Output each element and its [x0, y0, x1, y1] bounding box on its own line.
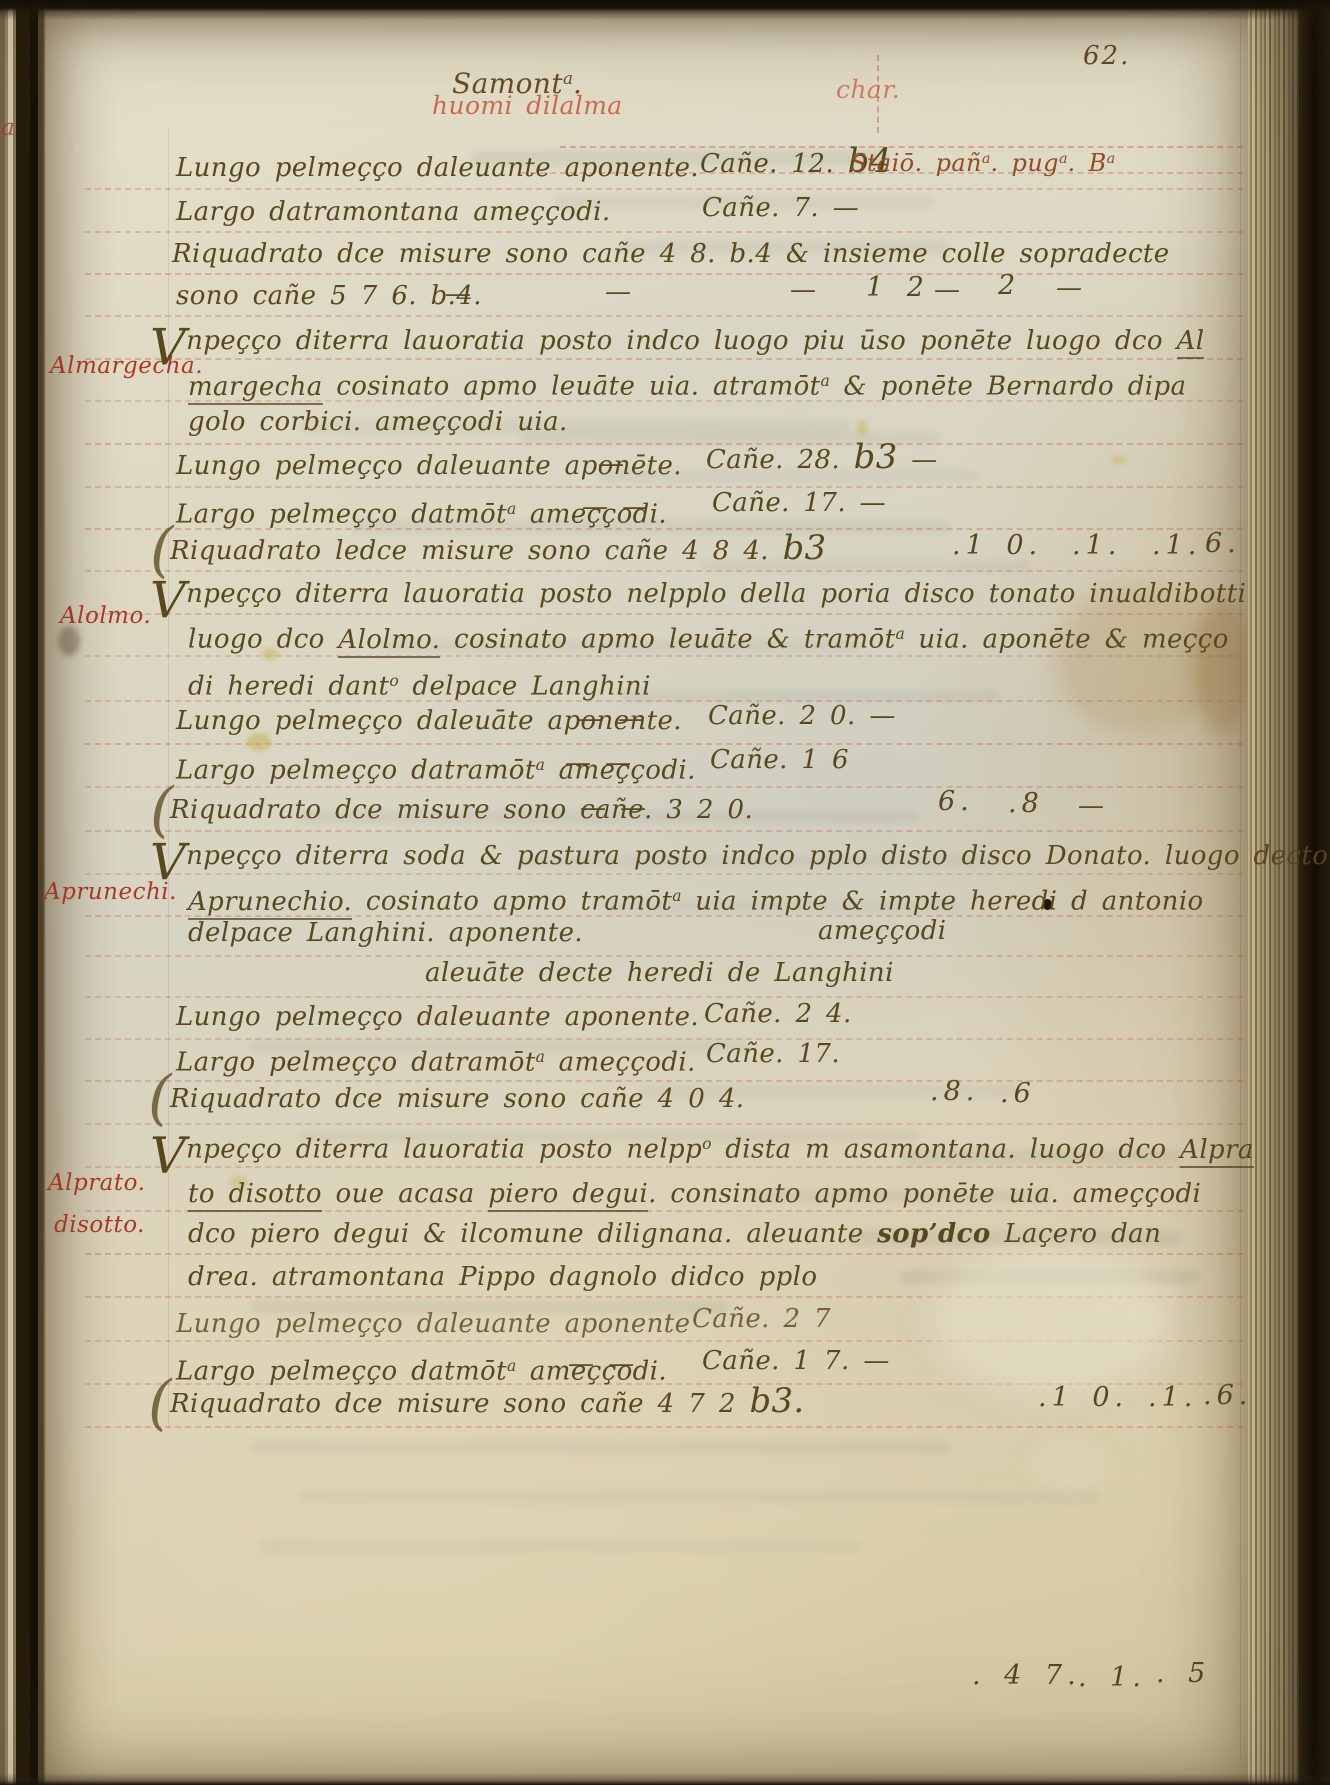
line-text-text: Alolmo.: [338, 625, 440, 658]
line-text-text: sop’dco: [877, 1219, 990, 1249]
margin-number-staio-text: 6.: [938, 786, 974, 817]
line-largo-text: Largo pelmeçço datramōt: [176, 1048, 536, 1078]
line-text: aleuāte decte heredi de Langhini: [425, 957, 894, 989]
total-number-staio: . 4 7.: [972, 1660, 1081, 1692]
line-riquadrato-text: Riquadrato dce misure sono cañe 4 7 2: [170, 1389, 749, 1419]
heading-rubric-right: char.: [836, 74, 900, 106]
margin-rubric-alprato: Alprato.: [48, 1167, 145, 1199]
margin-rubric-disotto: disotto.: [54, 1209, 145, 1241]
total-number-b-text: . 5: [1156, 1658, 1210, 1689]
column-headers-text: Staiō. pañ: [850, 149, 982, 177]
cane-measure-text: Cañe. 1 6: [710, 745, 849, 775]
line-text-text: di heredi dant: [188, 672, 389, 702]
margin-number-b: .6.: [1203, 1380, 1252, 1412]
line-riquadrato-cont: sono cañe 5 7 6. b.4.: [176, 280, 482, 312]
line-lungo-text: Lungo pelmeçço daleuante aponente.: [176, 1002, 699, 1032]
margin-number-staio-text: .8.: [930, 1076, 979, 1107]
line-unpezzo-text: npeçço diterra lauoratia posto nelpplo d…: [186, 579, 1246, 609]
cane-measure: Cañe. 28. b3 —: [706, 444, 938, 476]
cane-measure: Cañe. 2 0. —: [708, 700, 896, 732]
cane-measure-text: Cañe. 2 7: [692, 1304, 831, 1334]
line-text-text: delpace Langhini: [399, 672, 651, 702]
heading-rubric-subtitle: huomi dilalma: [432, 90, 623, 122]
line-unpezzo: Vnpeçço diterra lauoratia posto indco lu…: [150, 325, 1204, 357]
bottom-shadow: [0, 1773, 1330, 1785]
leader-dash: — —: [580, 792, 646, 824]
cane-measure-text: —: [898, 445, 938, 475]
total-number-b: . 5: [1156, 1658, 1210, 1690]
line-riquadrato: Riquadrato dce misure sono cañe. 3 2 0.: [170, 794, 753, 826]
line-text-text: . consinato apmo ponēte uia. ameççodi: [648, 1179, 1201, 1209]
line-text-text: a: [820, 372, 829, 390]
cane-measure: Cañe. 1 6: [710, 744, 849, 776]
initial-flourish: (: [148, 1068, 172, 1128]
text-layer: 62.Samonta.huomi dilalmachar.aLungo pelm…: [0, 0, 1330, 1785]
line-riquadrato: Riquadrato dce misure sono cañe 4 0 4.: [170, 1083, 744, 1115]
facing-page-mark-text: a: [1, 115, 15, 141]
line-text: drea. atramontana Pippo dagnolo didco pp…: [188, 1261, 817, 1293]
leader-dash: —: [605, 276, 631, 308]
line-text-text: oue acasa: [322, 1179, 488, 1209]
leader-dash-text: — —: [568, 1349, 634, 1379]
margin-number-staio-text: .1 0.: [1038, 1382, 1128, 1413]
initial-flourish-text: (: [148, 1368, 172, 1438]
line-text-text: aleuāte decte heredi de Langhini: [425, 958, 894, 988]
facing-page-mark: a: [1, 112, 15, 144]
leader-dash: — —: [568, 1348, 634, 1380]
total-number-staio-text: . 4 7.: [972, 1660, 1081, 1691]
cane-measure-text: Cañe. 17. —: [712, 488, 886, 518]
margin-rubric-alolmo: Alolmo.: [60, 600, 151, 632]
heading-title-text: a: [563, 68, 573, 88]
cane-measure-text: Cañe. 12.: [700, 149, 848, 179]
leader-dash-text: — —: [565, 748, 631, 778]
margin-rubric-alprato-text: Alprato.: [48, 1170, 145, 1196]
margin-number-pug-text: .1.: [1152, 530, 1201, 561]
cane-measure-text: Cañe. 28.: [706, 445, 854, 475]
margin-number-b-text: .6.: [1203, 1380, 1252, 1411]
line-unpezzo-text: npeçço diterra soda & pastura posto indc…: [186, 841, 1328, 871]
leader-dash-text: —: [1078, 791, 1104, 821]
line-largo-text: Largo pelmeçço datramōt: [176, 756, 536, 786]
margin-number-pug: .1.: [1152, 530, 1201, 562]
column-headers-text: . B: [1068, 149, 1107, 177]
cane-measure-text: Cañe. 2 0. —: [708, 701, 896, 731]
line-text-text: Aprunechio.: [188, 887, 352, 920]
heading-rubric-subtitle-text: huomi dilalma: [432, 91, 623, 120]
leader-dash: —: [790, 274, 816, 306]
line-text-text: delpace Langhini. aponente.: [188, 918, 583, 948]
margin-number-b-text: 6.: [1205, 528, 1241, 559]
column-headers-text: . pug: [991, 149, 1059, 177]
line-unpezzo-text: V: [150, 318, 186, 376]
line-text-text: to disotto: [188, 1179, 322, 1212]
leader-dash-text: —: [445, 279, 471, 309]
margin-number-pug: 2: [998, 270, 1020, 302]
leader-dash-text: — —: [582, 492, 648, 522]
line-text-text: cosinato apmo tramōt: [352, 887, 672, 917]
cane-measure-text: Cañe. 2 4.: [704, 999, 852, 1029]
line-text: luogo dco Alolmo. cosinato apmo leuāte &…: [188, 618, 1229, 656]
line-text: ameççodi: [818, 915, 946, 947]
margin-number-staio: .1 0.: [952, 530, 1042, 562]
heading-rubric-right-text: char.: [836, 75, 900, 104]
line-unpezzo-text: npeçço diterra lauoratia posto indco luo…: [186, 326, 1176, 356]
margin-rubric-alolmo-text: Alolmo.: [60, 603, 151, 629]
line-unpezzo-text: dista m asamontana. luogo dco: [712, 1135, 1181, 1165]
margin-number-staio: .8.: [930, 1076, 979, 1108]
line-largo-text: a: [507, 500, 516, 518]
line-riquadrato-text: Riquadrato ledce misure sono cañe 4 8 4.: [170, 536, 783, 566]
margin-number-pug-text: 2: [998, 270, 1020, 301]
leader-dash: —: [934, 274, 960, 306]
cane-measure: Cañe. 2 4.: [704, 998, 852, 1030]
line-text: di heredi danto delpace Langhini: [188, 665, 651, 703]
total-number-pan: . 1.: [1078, 1662, 1146, 1694]
folio-number-text: 62.: [1083, 41, 1130, 71]
line-largo: Largo datramontana ameççodi.: [176, 196, 611, 228]
line-text: Aprunechio. cosinato apmo tramōta uia im…: [188, 880, 1204, 918]
line-riquadrato-text: Riquadrato dce misure sono cañe 4 0 4.: [170, 1084, 744, 1114]
line-text-text: a: [672, 887, 681, 905]
line-largo-text: a: [536, 1048, 545, 1066]
leader-dash: — —: [582, 491, 648, 523]
line-riquadrato-text: b3.: [749, 1381, 804, 1420]
margin-number-staio: 1 2: [866, 272, 929, 304]
line-text: dco piero degui & ilcomune dilignana. al…: [188, 1218, 1161, 1250]
line-largo-text: Largo datramontana ameççodi.: [176, 197, 611, 227]
initial-flourish-text: (: [148, 1063, 172, 1133]
margin-number-pan-text: .1.: [1072, 530, 1121, 561]
leader-dash: —: [445, 278, 471, 310]
line-riquadrato-cont-text: sono cañe 5 7 6. b.4.: [176, 281, 482, 311]
line-lungo: Lungo pelmeçço daleuante aponente.: [176, 1001, 699, 1033]
folio-number: 62.: [1083, 40, 1130, 72]
line-text-text: golo corbici. ameççodi uia.: [188, 407, 568, 437]
line-riquadrato-text: Riquadrato dce misure sono cañe 4 8. b.4…: [172, 239, 1170, 269]
line-unpezzo: Vnpeçço diterra lauoratia posto nelpplo …: [150, 578, 1246, 610]
leader-dash: —: [598, 448, 624, 480]
line-text-text: luogo dco: [188, 625, 338, 655]
margin-number-pan: .1.: [1148, 1382, 1197, 1414]
leader-dash-text: —: [790, 275, 816, 305]
line-text: margecha cosinato apmo leuāte uia. atram…: [188, 365, 1186, 403]
leader-dash-text: —: [598, 449, 624, 479]
line-text-text: cosinato apmo leuāte & tramōt: [440, 625, 895, 655]
line-unpezzo-text: V: [150, 1126, 186, 1184]
line-largo: Largo pelmeçço datramōta ameççodi.: [176, 1041, 696, 1079]
initial-flourish: (: [148, 1373, 172, 1433]
line-riquadrato: Riquadrato ledce misure sono cañe 4 8 4.…: [170, 535, 827, 567]
line-unpezzo-text: V: [150, 833, 186, 891]
leader-dash: — —: [578, 703, 644, 735]
line-text-text: o: [389, 672, 398, 690]
line-text-text: a: [895, 625, 904, 643]
total-number-pan-text: . 1.: [1078, 1662, 1146, 1693]
line-unpezzo-text: V: [150, 571, 186, 629]
margin-number-staio-text: 1 2: [866, 272, 929, 303]
line-unpezzo: Vnpeçço diterra lauoratia posto nelppo d…: [150, 1128, 1254, 1166]
column-headers-text: a: [982, 151, 991, 167]
margin-number-pug-text: .8: [1008, 788, 1044, 819]
cane-measure-text: b3: [854, 437, 898, 476]
cane-measure: Cañe. 17.: [706, 1038, 840, 1070]
cane-measure-text: Cañe. 1 7. —: [702, 1346, 890, 1376]
line-largo-text: a: [536, 756, 545, 774]
top-shadow: [0, 0, 1330, 20]
column-headers-text: a: [1059, 151, 1068, 167]
line-riquadrato-text: b3: [783, 528, 827, 567]
line-unpezzo-text: Al: [1177, 326, 1205, 359]
margin-number-pan: .1.: [1072, 530, 1121, 562]
leader-dash-text: —: [1056, 273, 1082, 303]
line-text-text: drea. atramontana Pippo dagnolo didco pp…: [188, 1262, 817, 1292]
cane-measure: Cañe. 2 7: [692, 1303, 831, 1335]
line-riquadrato: Riquadrato dce misure sono cañe 4 7 2 b3…: [170, 1388, 805, 1420]
line-text-text: cosinato apmo leuāte uia. atramōt: [323, 372, 821, 402]
line-largo-text: a: [507, 1357, 516, 1375]
line-largo-text: Largo pelmeçço datmōt: [176, 500, 507, 530]
cane-measure: Cañe. 17. —: [712, 487, 886, 519]
line-text-text: margecha: [188, 372, 323, 405]
line-unpezzo: Vnpeçço diterra soda & pastura posto ind…: [150, 840, 1328, 872]
line-unpezzo-text: o: [702, 1135, 711, 1153]
leader-dash: —: [1056, 272, 1082, 304]
margin-number-pug: .8: [1008, 788, 1044, 820]
line-lungo-text: Lungo pelmeçço daleuante aponente.: [176, 153, 699, 183]
line-text-text: Laçero dan: [991, 1219, 1162, 1249]
margin-number-pug: .6: [1000, 1078, 1036, 1110]
cane-measure: Cañe. 7. —: [702, 192, 859, 224]
line-lungo: Lungo pelmeçço daleuante aponente.: [176, 152, 699, 184]
line-text: golo corbici. ameççodi uia.: [188, 406, 568, 438]
line-riquadrato: Riquadrato dce misure sono cañe 4 8. b.4…: [172, 238, 1170, 270]
line-lungo-text: Lungo pelmeçço daleuante aponente: [176, 1309, 690, 1339]
margin-number-pug-text: .6: [1000, 1078, 1036, 1109]
line-unpezzo-text: npeçço diterra lauoratia posto nelpp: [186, 1135, 702, 1165]
leader-dash-text: —: [934, 275, 960, 305]
column-headers-text: a: [1107, 151, 1116, 167]
line-largo-text: ameççodi.: [545, 1048, 696, 1078]
line-riquadrato-text: Riquadrato dce misure sono cañe. 3 2 0.: [170, 795, 753, 825]
line-text-text: dco piero degui & ilcomune dilignana. al…: [188, 1219, 877, 1249]
margin-number-staio: 6.: [938, 786, 974, 818]
cane-measure-text: Cañe. 17.: [706, 1039, 840, 1069]
leader-dash-text: —: [605, 277, 631, 307]
leader-dash-text: — —: [578, 704, 644, 734]
margin-rubric-disotto-text: disotto.: [54, 1212, 145, 1238]
cane-measure-text: Cañe. 7. —: [702, 193, 859, 223]
line-text-text: uia impte & impte heredi d antonio: [682, 887, 1204, 917]
margin-number-pan-text: .1.: [1148, 1382, 1197, 1413]
line-text: delpace Langhini. aponente.: [188, 917, 583, 949]
line-largo-text: Largo pelmeçço datmōt: [176, 1357, 507, 1387]
line-lungo: Lungo pelmeçço daleuante aponente: [176, 1308, 690, 1340]
manuscript-scan: 62.Samonta.huomi dilalmachar.aLungo pelm…: [0, 0, 1330, 1785]
line-text-text: ameççodi: [818, 916, 946, 946]
column-headers: Staiō. paña. puga. Ba: [850, 143, 1115, 179]
cane-measure: Cañe. 1 7. —: [702, 1345, 890, 1377]
line-text-text: uia. aponēte & meçço: [905, 625, 1229, 655]
margin-number-staio-text: .1 0.: [952, 530, 1042, 561]
leader-dash: —: [1078, 790, 1104, 822]
line-unpezzo-text: Alpra: [1180, 1135, 1254, 1168]
leader-dash: — —: [565, 747, 631, 779]
line-text-text: & ponēte Bernardo dipa: [830, 372, 1187, 402]
line-text: to disotto oue acasa piero degui. consin…: [188, 1178, 1201, 1210]
margin-number-b: 6.: [1205, 528, 1241, 560]
leader-dash-text: — —: [580, 793, 646, 823]
line-text-text: piero degui: [488, 1179, 648, 1212]
margin-number-staio: .1 0.: [1038, 1382, 1128, 1414]
